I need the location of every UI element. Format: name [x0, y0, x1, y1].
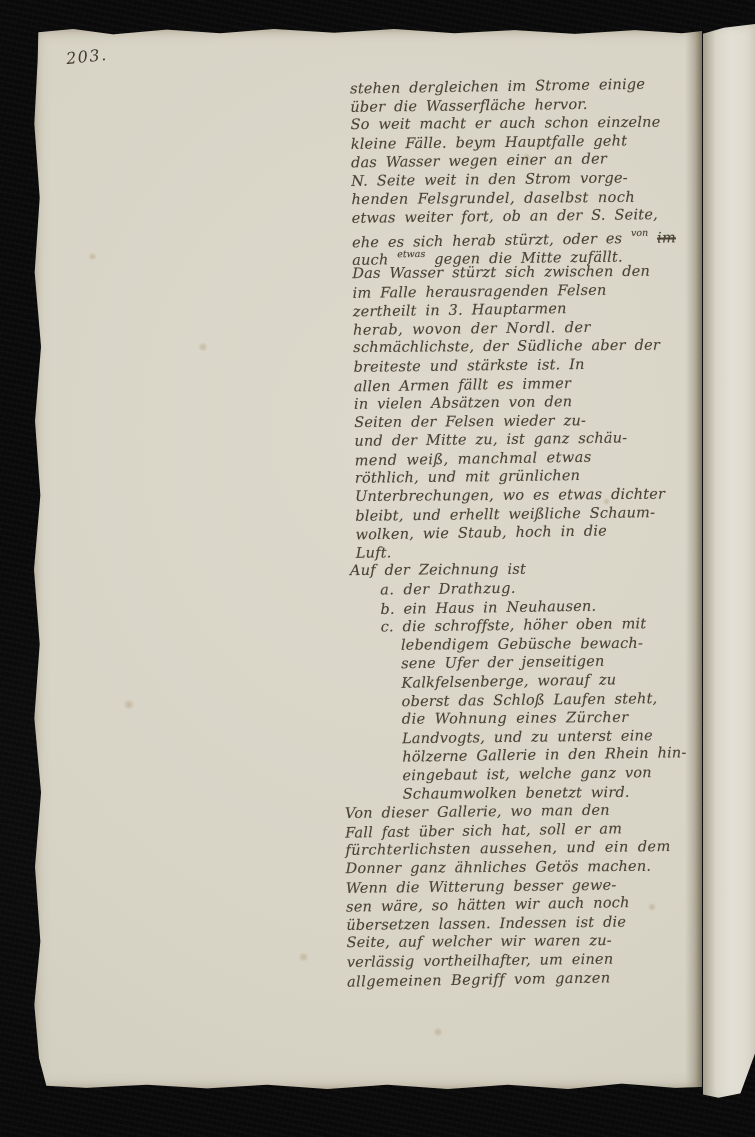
foxing-spot: [88, 253, 97, 260]
manuscript-line: die Wohnung eines Zürcher: [344, 708, 716, 730]
manuscript-line: Seiten der Felsen wieder zu-: [340, 411, 712, 433]
manuscript-sup-segment: etwas: [397, 249, 425, 260]
manuscript-line: Schaumwolken benetzt wird.: [345, 783, 717, 805]
manuscript-line: Seite, auf welcher wir waren zu-: [346, 932, 718, 954]
photo-background: 203. stehen dergleichen im Strome einige…: [0, 0, 755, 1137]
manuscript-line: So weit macht er auch schon einzelne: [336, 113, 708, 135]
manuscript-segment: [648, 230, 657, 246]
foxing-spot: [433, 1028, 443, 1036]
page-number: 203.: [65, 45, 108, 68]
manuscript-line: schmächlichste, der Südliche aber der: [339, 337, 711, 359]
manuscript-line: Auf der Zeichnung ist: [342, 560, 714, 582]
manuscript-line: Das Wasser stürzt sich zwischen den: [338, 262, 710, 284]
manuscript-line: Unterbrechungen, wo es etwas dichter: [341, 485, 713, 507]
manuscript-line: Donner ganz ähnliches Getös machen.: [346, 857, 718, 879]
manuscript-page: 203. stehen dergleichen im Strome einige…: [33, 28, 702, 1090]
manuscript-line: henden Felsgrundel, daselbst noch: [337, 188, 709, 210]
manuscript-line: lebendigem Gebüsche bewach-: [343, 634, 715, 656]
manuscript-sup-segment: von: [631, 228, 648, 239]
adjacent-page-edge: [703, 24, 755, 1102]
foxing-spot: [198, 343, 208, 351]
manuscript-text: stehen dergleichen im Strome einigeüber …: [336, 75, 719, 991]
foxing-spot: [123, 700, 135, 709]
manuscript-strike-segment: im: [657, 230, 676, 246]
foxing-spot: [298, 953, 309, 961]
